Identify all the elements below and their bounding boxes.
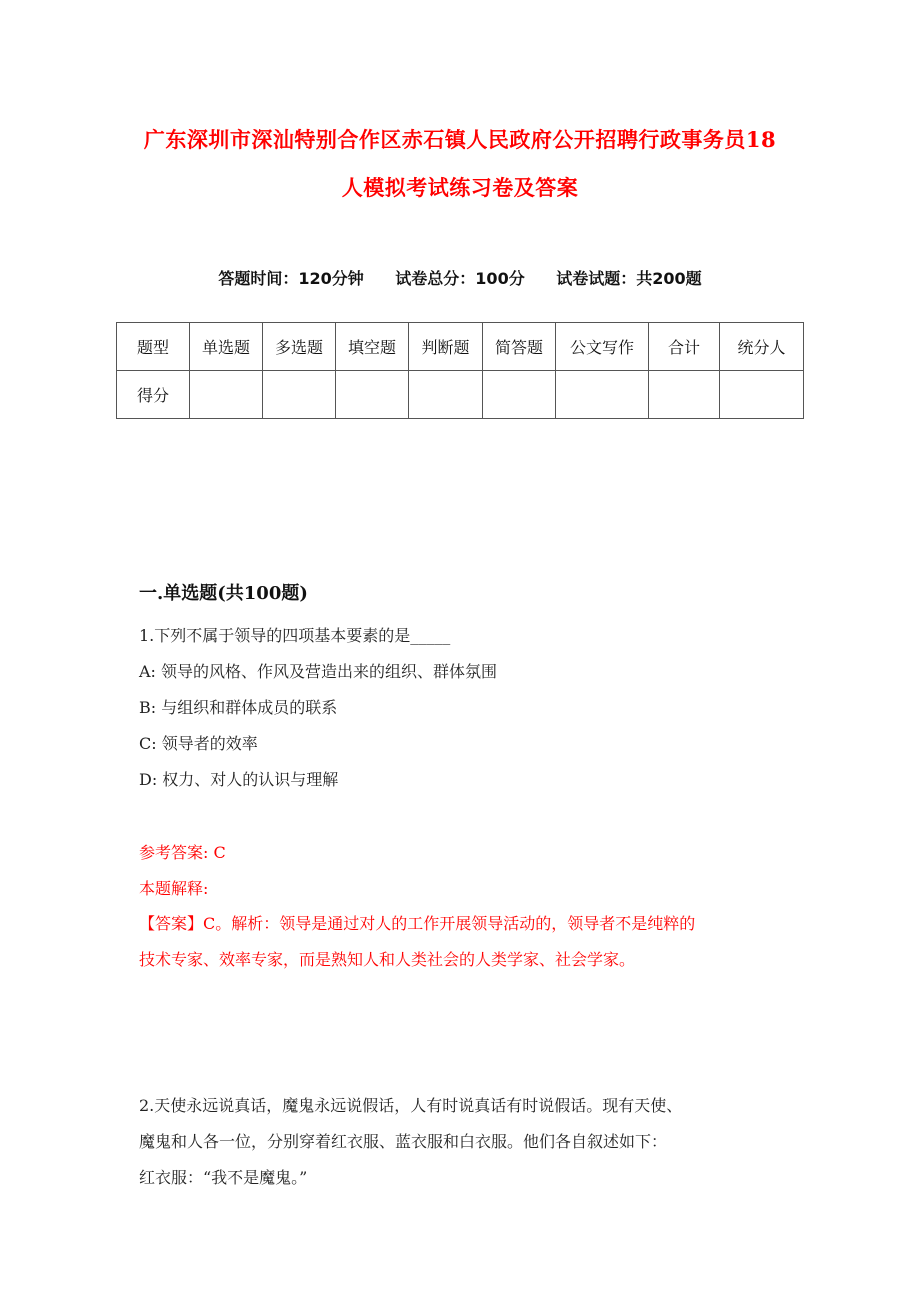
question-1-explanation-line-2: 技术专家、效率专家，而是熟知人和人类社会的人类学家、社会学家。: [139, 947, 635, 970]
score-table-score-row: 得分: [117, 371, 804, 419]
question-2-stem-line-1: 2.天使永远说真话，魔鬼永远说假话，人有时说真话有时说假话。现有天使、: [139, 1093, 682, 1116]
exam-total-score: 试卷总分：100分: [395, 269, 524, 288]
header-cell: 题型: [117, 323, 190, 371]
header-cell: 简答题: [483, 323, 556, 371]
exam-time: 答题时间：120分钟: [218, 269, 363, 288]
question-1-answer: 参考答案: C: [139, 840, 226, 863]
header-cell: 合计: [649, 323, 720, 371]
document-title-line-2: 人模拟考试练习卷及答案: [0, 172, 920, 202]
question-1-explanation-label: 本题解释:: [139, 876, 208, 899]
section-title: 一.单选题(共100题): [139, 579, 308, 605]
question-2-stem-line-3: 红衣服：“我不是魔鬼。”: [139, 1165, 307, 1188]
score-table: 题型 单选题 多选题 填空题 判断题 简答题 公文写作 合计 统分人 得分: [116, 322, 804, 419]
score-cell[interactable]: [483, 371, 556, 419]
exam-total-questions: 试卷试题：共200题: [556, 269, 701, 288]
score-cell[interactable]: [263, 371, 336, 419]
question-1-option-c: C: 领导者的效率: [139, 731, 258, 754]
score-table-header-row: 题型 单选题 多选题 填空题 判断题 简答题 公文写作 合计 统分人: [117, 323, 804, 371]
exam-meta: 答题时间：120分钟 试卷总分：100分 试卷试题：共200题: [0, 266, 920, 289]
header-cell: 统分人: [720, 323, 804, 371]
row-label-cell: 得分: [117, 371, 190, 419]
question-1-stem: 1.下列不属于领导的四项基本要素的是_____: [139, 623, 450, 646]
question-1-explanation-line-1: 【答案】C。解析：领导是通过对人的工作开展领导活动的，领导者不是纯粹的: [139, 911, 695, 934]
question-1-option-a: A: 领导的风格、作风及营造出来的组织、群体氛围: [139, 659, 497, 682]
header-cell: 多选题: [263, 323, 336, 371]
header-cell: 填空题: [336, 323, 409, 371]
header-cell: 判断题: [409, 323, 483, 371]
score-cell[interactable]: [190, 371, 263, 419]
score-cell[interactable]: [409, 371, 483, 419]
score-cell[interactable]: [720, 371, 804, 419]
question-1-option-d: D: 权力、对人的认识与理解: [139, 767, 338, 790]
score-cell[interactable]: [336, 371, 409, 419]
header-cell: 单选题: [190, 323, 263, 371]
question-2-stem-line-2: 魔鬼和人各一位，分别穿着红衣服、蓝衣服和白衣服。他们各自叙述如下：: [139, 1129, 667, 1152]
score-cell[interactable]: [556, 371, 649, 419]
score-cell[interactable]: [649, 371, 720, 419]
document-title-line-1: 广东深圳市深汕特别合作区赤石镇人民政府公开招聘行政事务员18: [0, 124, 920, 154]
header-cell: 公文写作: [556, 323, 649, 371]
question-1-option-b: B: 与组织和群体成员的联系: [139, 695, 337, 718]
